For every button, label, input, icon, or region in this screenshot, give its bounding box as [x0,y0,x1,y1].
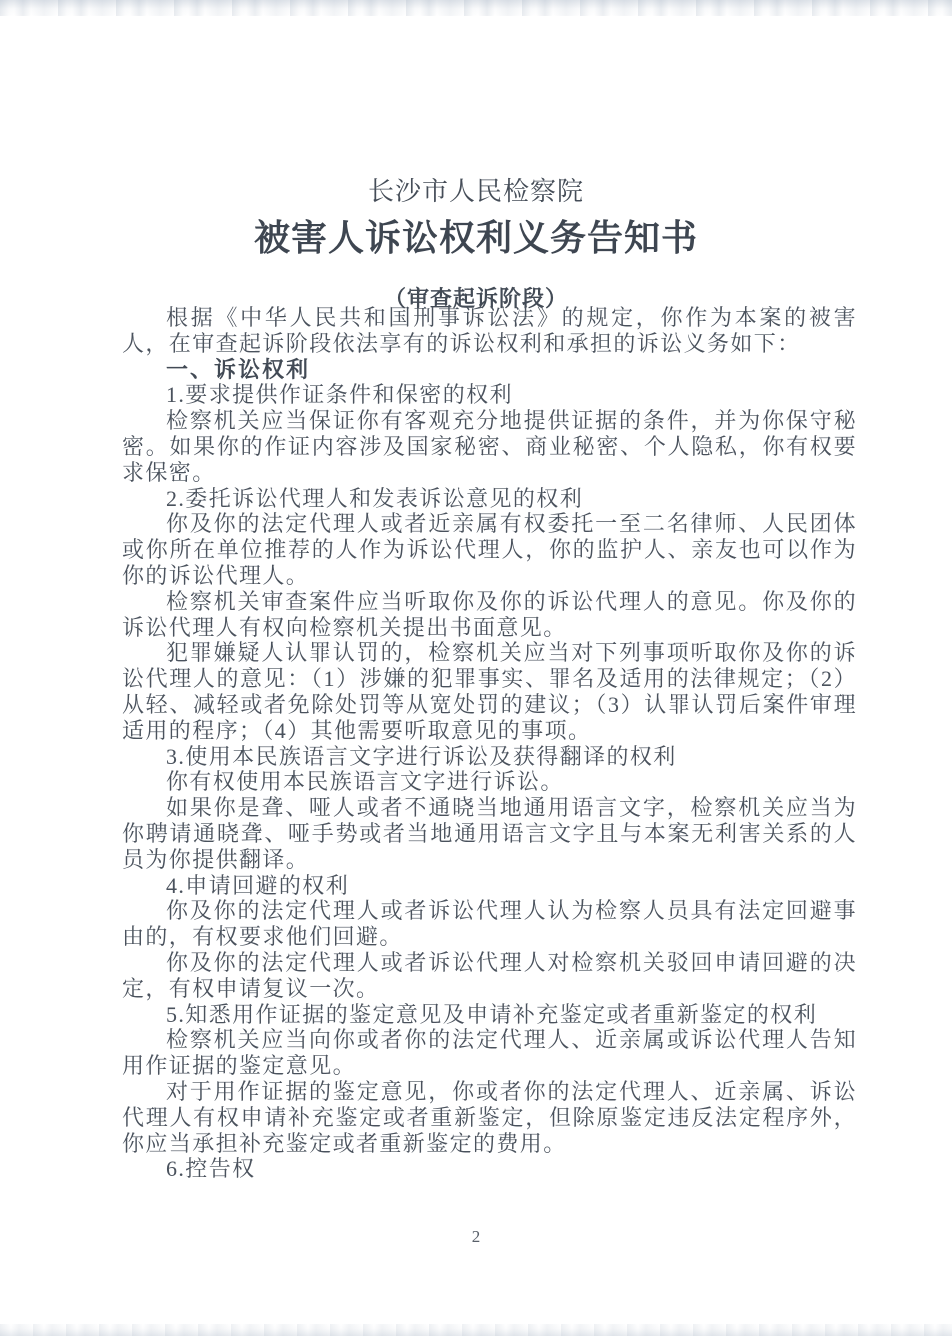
scan-artifact-top-edge [0,0,952,16]
item-1-heading: 1.要求提供作证条件和保密的权利 [122,382,857,408]
issuing-authority-title: 长沙市人民检察院 [0,171,952,208]
item-2-body-3: 犯罪嫌疑人认罪认罚的，检察机关应当对下列事项听取你及你的诉讼代理人的意见：（1）… [122,640,857,743]
item-5-body-1: 检察机关应当向你或者你的法定代理人、近亲属或诉讼代理人告知用作证据的鉴定意见。 [122,1027,857,1079]
scan-artifact-bottom-edge [0,1324,952,1336]
item-5-heading: 5.知悉用作证据的鉴定意见及申请补充鉴定或者重新鉴定的权利 [122,1002,857,1028]
item-4-body-2: 你及你的法定代理人或者诉讼代理人对检察机关驳回申请回避的决定，有权申请复议一次。 [122,950,857,1002]
item-2-body-1: 你及你的法定代理人或者近亲属有权委托一至二名律师、人民团体或你所在单位推荐的人作… [122,511,857,588]
item-4-body-1: 你及你的法定代理人或者诉讼代理人认为检察人员具有法定回避事由的，有权要求他们回避… [122,898,857,950]
item-1-body: 检察机关应当保证你有客观充分地提供证据的条件，并为你保守秘密。如果你的作证内容涉… [122,408,857,485]
item-5-body-2: 对于用作证据的鉴定意见，你或者你的法定代理人、近亲属、诉讼代理人有权申请补充鉴定… [122,1079,857,1156]
document-title: 被害人诉讼权利义务告知书 [0,210,952,261]
document-body: 根据《中华人民共和国刑事诉讼法》的规定，你作为本案的被害人，在审查起诉阶段依法享… [122,305,857,1182]
item-4-heading: 4.申请回避的权利 [122,873,857,899]
item-3-body-1: 你有权使用本民族语言文字进行诉讼。 [122,769,857,795]
item-2-heading: 2.委托诉讼代理人和发表诉讼意见的权利 [122,486,857,512]
item-3-body-2: 如果你是聋、哑人或者不通晓当地通用语言文字，检察机关应当为你聘请通晓聋、哑手势或… [122,795,857,872]
section-heading-litigation-rights: 一、诉讼权利 [122,357,857,383]
page-number: 2 [0,1227,952,1247]
item-2-body-2: 检察机关审查案件应当听取你及你的诉讼代理人的意见。你及你的诉讼代理人有权向检察机… [122,589,857,641]
paragraph-intro: 根据《中华人民共和国刑事诉讼法》的规定，你作为本案的被害人，在审查起诉阶段依法享… [122,305,857,357]
item-3-heading: 3.使用本民族语言文字进行诉讼及获得翻译的权利 [122,744,857,770]
scanned-document-page: 长沙市人民检察院 被害人诉讼权利义务告知书 （审查起诉阶段） 根据《中华人民共和… [0,0,952,1336]
item-6-heading: 6.控告权 [122,1156,857,1182]
